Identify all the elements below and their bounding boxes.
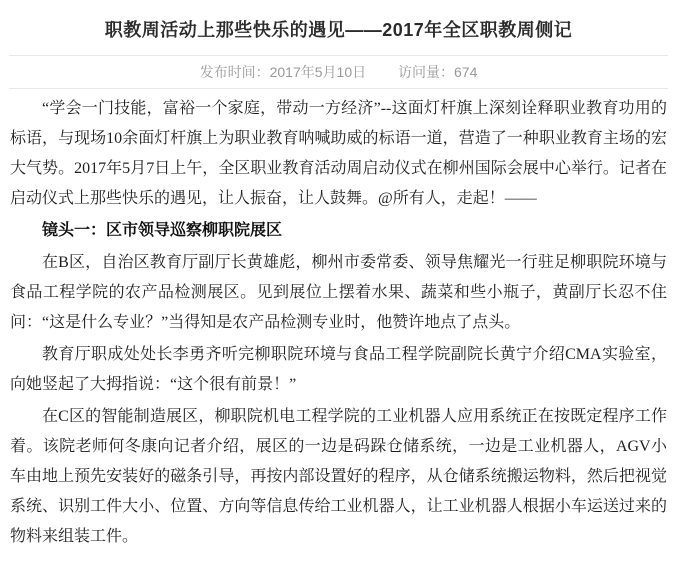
article-body: “学会一门技能，富裕一个家庭，带动一方经济”--这面灯杆旗上深刻诠释职业教育功用… (0, 89, 677, 552)
paragraph-intro: “学会一门技能，富裕一个家庭，带动一方经济”--这面灯杆旗上深刻诠释职业教育功用… (10, 94, 667, 214)
paragraph-zone-c: 在C区的智能制造展区，柳职院机电工程学院的工业机器人应用系统正在按既定程序工作着… (10, 402, 667, 552)
meta-bar: 发布时间：2017年5月10日 访问量：674 (0, 56, 677, 88)
publish-date: 发布时间：2017年5月10日 (200, 64, 367, 80)
paragraph-zone-b: 在B区，自治区教育厅副厅长黄雄彪，柳州市委常委、领导焦耀光一行驻足柳职院环境与食… (10, 248, 667, 338)
section-heading-scene-one: 镜头一：区市领导巡察柳职院展区 (10, 216, 667, 246)
article-page: 职教周活动上那些快乐的遇见——2017年全区职教周侧记 发布时间：2017年5月… (0, 0, 677, 575)
visit-count: 访问量：674 (398, 64, 477, 80)
page-title: 职教周活动上那些快乐的遇见——2017年全区职教周侧记 (0, 0, 677, 55)
paragraph-cma-lab: 教育厅职成处处长李勇齐听完柳职院环境与食品工程学院副院长黄宁介绍CMA实验室，向… (10, 340, 667, 400)
